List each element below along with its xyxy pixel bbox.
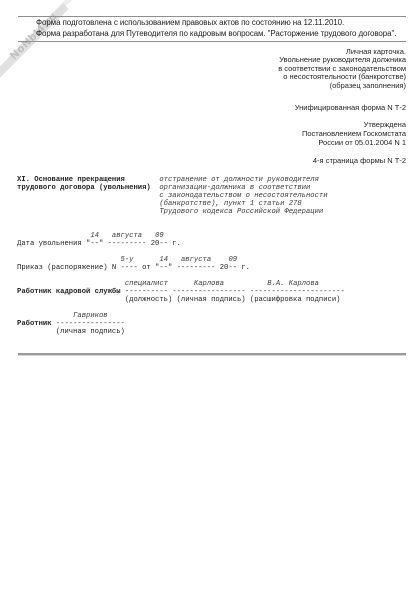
top-rule — [18, 16, 406, 17]
form-line: Приказ (распоряжение) N ---- от "--" ---… — [17, 264, 416, 272]
document-title-block: Личная карточка. Увольнение руководителя… — [18, 48, 406, 165]
form-line: (личная подпись) — [17, 328, 416, 336]
form-line: (должность) (личная подпись) (расшифровк… — [17, 296, 416, 304]
form-line: Дата увольнения "--" --------- 20-- г. — [17, 240, 416, 248]
note-line-2: Форма разработана для Путеводителя по ка… — [18, 29, 406, 40]
unified-form-label: Унифицированная форма N Т-2 — [18, 104, 406, 112]
form-line: трудового договора (увольнения) организа… — [17, 184, 416, 192]
form-line: 5-у 14 августа 09 — [17, 256, 416, 264]
form-line: XI. Основание прекращения отстранение от… — [17, 176, 416, 184]
approval-block: Утверждена Постановлением Госкомстата Ро… — [18, 121, 406, 147]
approval-line: России от 05.01.2004 N 1 — [18, 139, 406, 148]
title-line: (образец заполнения) — [18, 82, 406, 90]
form-line: Работник ---------------- — [17, 320, 416, 328]
note-line-1: Форма подготовлена с использованием прав… — [18, 18, 406, 29]
form-line: 14 августа 09 — [17, 232, 416, 240]
form-body: XI. Основание прекращения отстранение от… — [17, 176, 416, 336]
form-line — [17, 304, 416, 312]
form-line: Трудового кодекса Российской Федерации — [17, 208, 416, 216]
form-line: Работник кадровой службы ---------- ----… — [17, 288, 416, 296]
note-bottom-rule — [18, 41, 406, 42]
page-number-label: 4-я страница формы N Т-2 — [18, 157, 406, 165]
form-line — [17, 248, 416, 256]
form-line — [17, 216, 416, 224]
form-line — [17, 224, 416, 232]
document-page: Форма подготовлена с использованием прав… — [0, 0, 420, 356]
form-line — [17, 272, 416, 280]
preparation-note: Форма подготовлена с использованием прав… — [18, 18, 406, 39]
bottom-rule — [18, 353, 406, 356]
